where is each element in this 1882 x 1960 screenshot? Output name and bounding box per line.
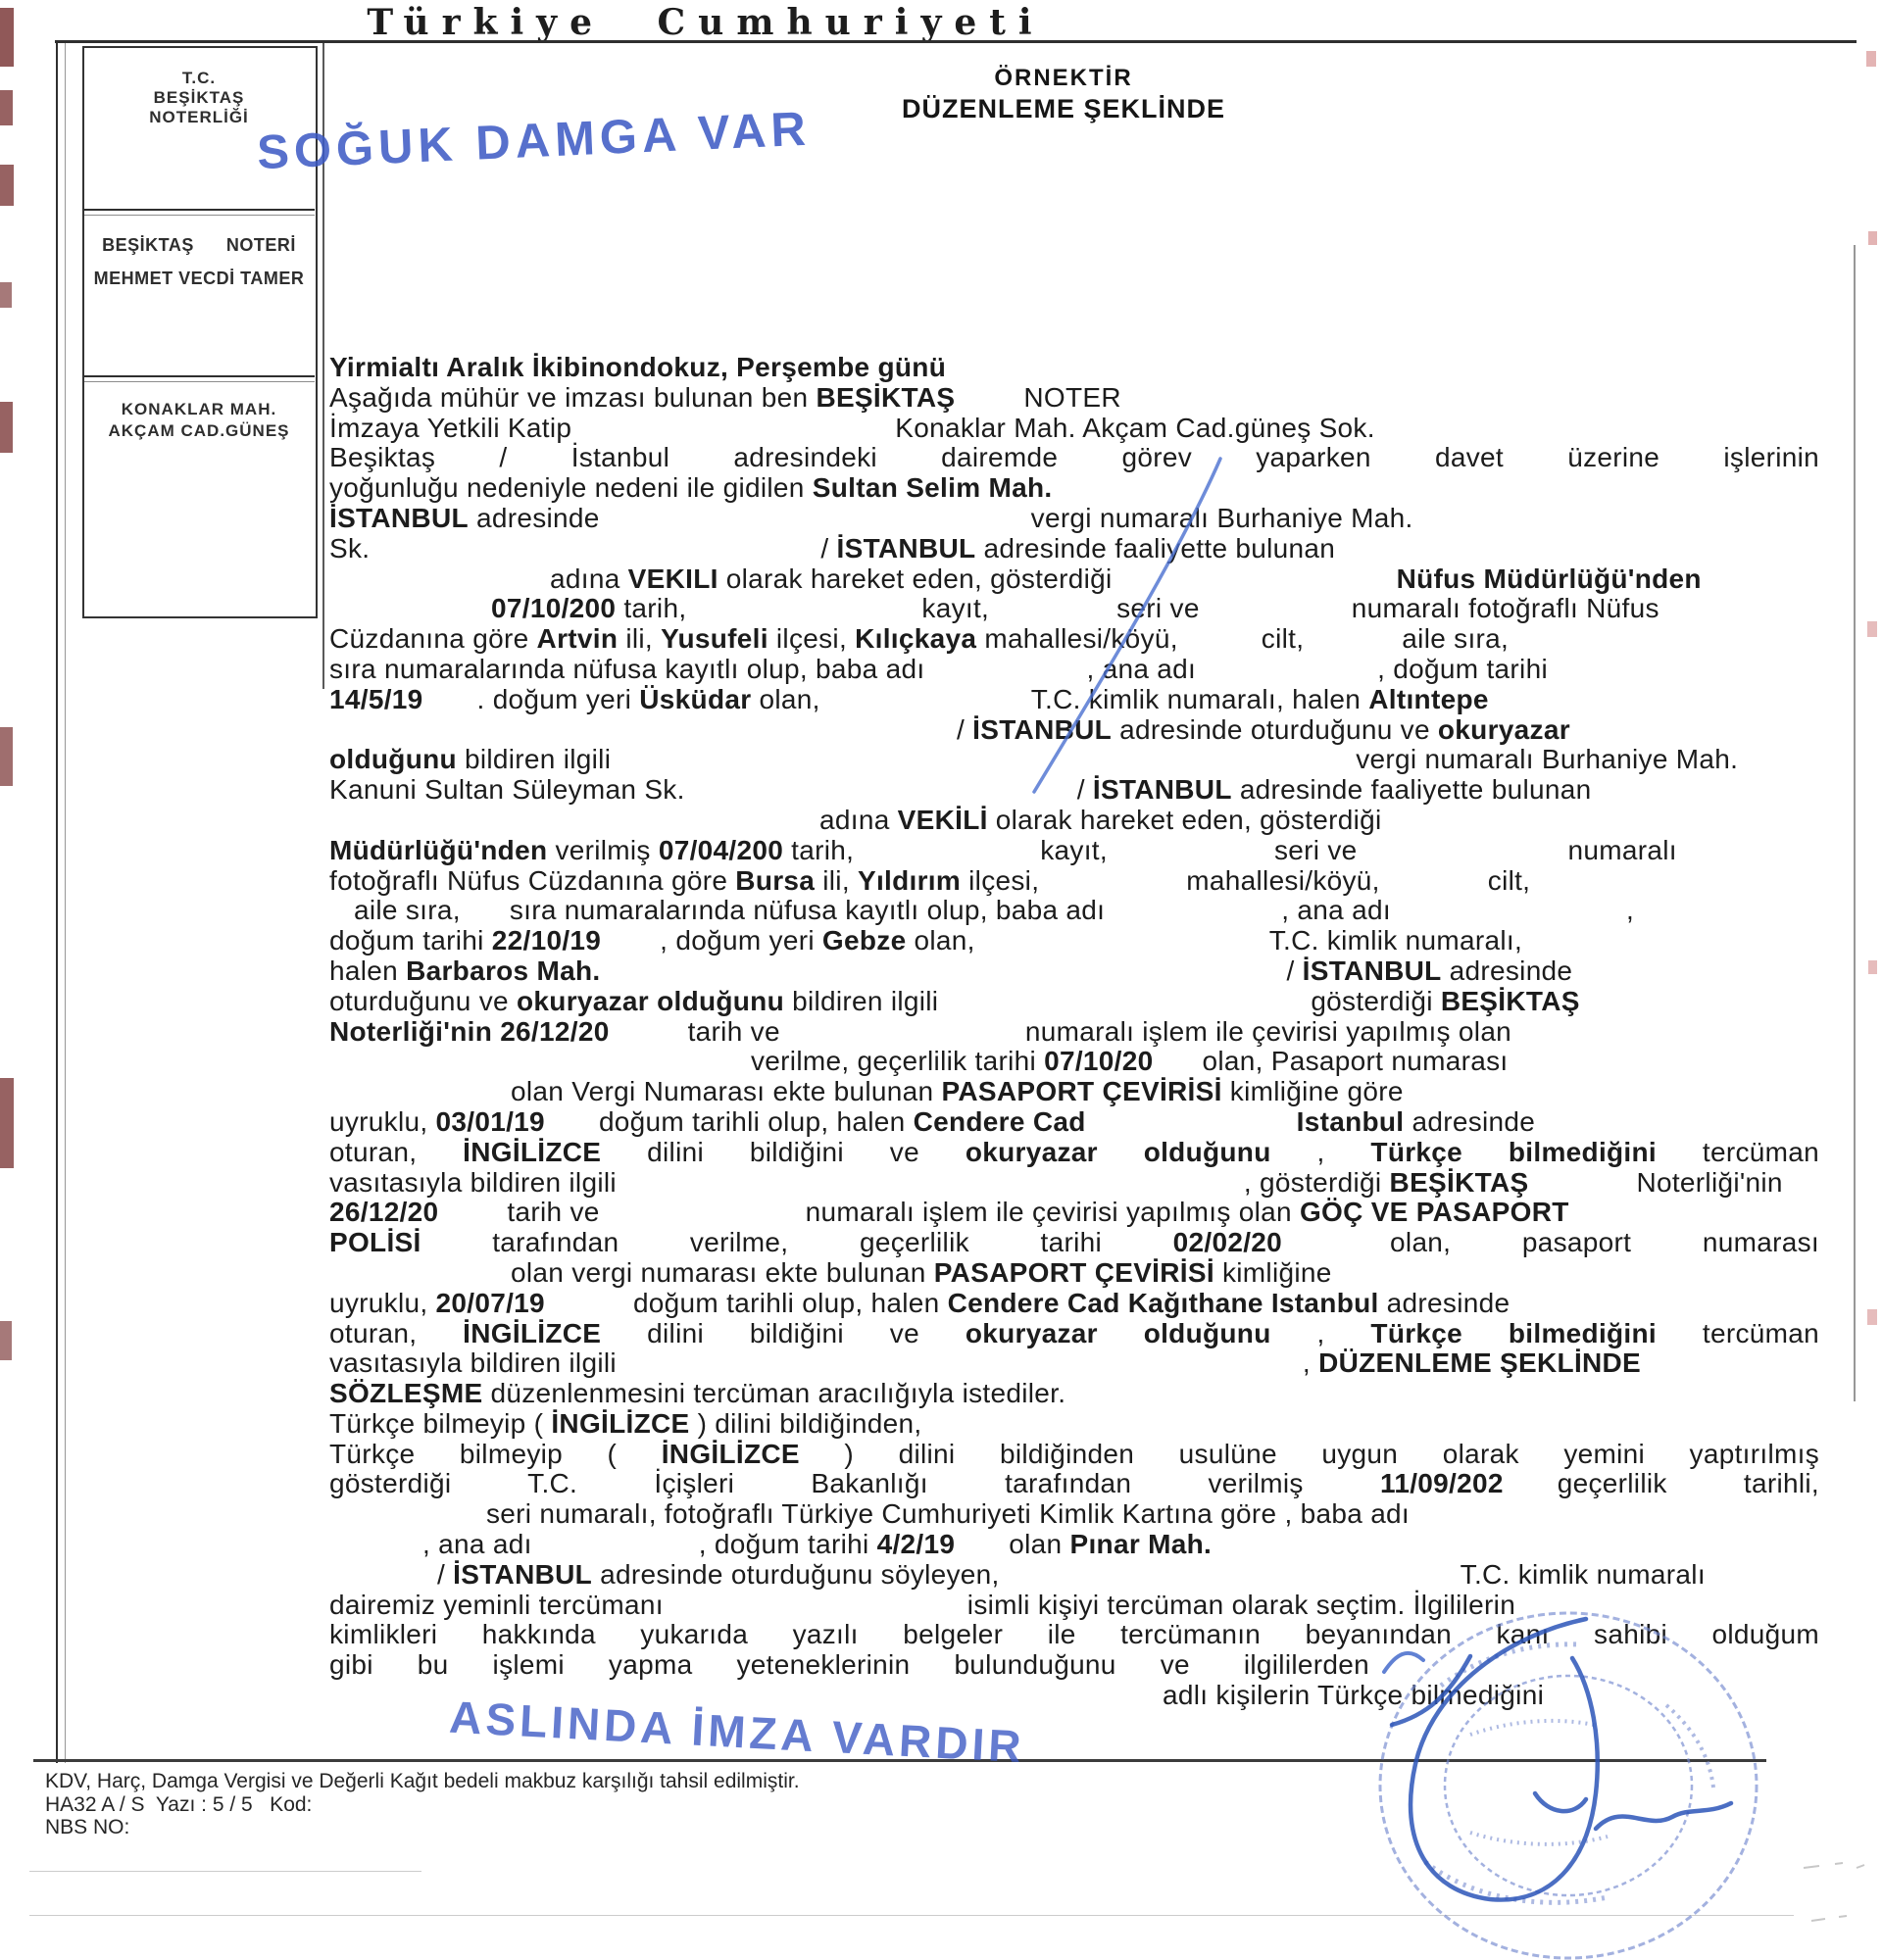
body-text-segment: T.C. kimlik numaralı (1461, 1559, 1706, 1590)
body-text-segment: / (1287, 955, 1303, 986)
body-text-segment: adresinde oturduğunu söyleyen, (592, 1559, 1000, 1590)
redacted-gap (329, 918, 354, 919)
redacted-gap (1504, 1492, 1558, 1493)
body-text-segment: kayıt, (1040, 835, 1108, 865)
body-line: adına VEKİLİ olarak hareket eden, göster… (329, 806, 1819, 836)
notary-title: BEŞİKTAŞ NOTERİ (82, 235, 316, 256)
body-text-segment: seri ve (1116, 593, 1200, 623)
notary-name: MEHMET VECDİ TAMER (82, 269, 316, 289)
body-text-segment: POLİSİ (329, 1227, 421, 1257)
body-text-segment: numaralı işlem ile çevirisi yapılmış ola… (1025, 1016, 1511, 1047)
body-text-segment: , doğum yeri (660, 925, 822, 955)
body-text-segment: İSTANBUL (972, 714, 1112, 745)
notary-document-page: Türkiye Cumhuriyeti T.C. BEŞİKTAŞ NOTERL… (0, 0, 1882, 1960)
body-text-segment: adresinde (469, 503, 600, 533)
faint-scan-line-1 (29, 1871, 421, 1872)
notary-box-divider-1 (83, 209, 315, 211)
body-line: aile sıra,sıra numaralarında nüfusa kayı… (329, 896, 1819, 926)
redacted-gap (854, 858, 1040, 859)
body-text-segment: 07/04/200 (659, 835, 783, 865)
body-text-segment: İSTANBUL (453, 1559, 592, 1590)
redacted-gap (1282, 1250, 1390, 1251)
body-text-segment: mahallesi/köyü, (1186, 865, 1379, 896)
body-text-segment: olan, Pasaport numarası (1202, 1046, 1508, 1076)
body-text-segment: yapma (609, 1649, 693, 1680)
body-text-segment: adresinde (1442, 955, 1573, 986)
body-line: 14/5/19. doğum yeri Üsküdar olan,T.C. ki… (329, 685, 1819, 715)
body-text-segment: Beşiktaş / İstanbul adresindeki dairemde… (329, 442, 1819, 472)
redacted-gap (600, 526, 1031, 527)
body-text-segment: Aşağıda mühür ve imzası bulunan ben (329, 382, 816, 413)
redacted-gap (1108, 858, 1274, 859)
body-text-segment: dilini bildiğini ve (601, 1137, 966, 1167)
body-text-segment: adresinde (1379, 1288, 1511, 1318)
body-text-segment: Yıldırım (858, 865, 961, 896)
body-line: fotoğraflı Nüfus Cüzdanına göre Bursa il… (329, 866, 1819, 897)
body-text-segment: T.C. kimlik numaralı, halen (1031, 684, 1369, 714)
body-line: oturan, İNGİLİZCE dilini bildiğini ve ok… (329, 1319, 1819, 1349)
redacted-gap (1358, 858, 1568, 859)
body-text-segment: Üsküdar (639, 684, 751, 714)
redacted-gap (329, 1100, 511, 1101)
left-border (56, 40, 58, 1763)
body-line: olan vergi numarası ekte bulunan PASAPOR… (329, 1258, 1819, 1289)
body-text-segment: 26/12/20 (329, 1197, 438, 1227)
body-text-segment: Kılıçkaya (855, 623, 976, 654)
redacted-gap (664, 1613, 967, 1614)
footer-fees-line: KDV, Harç, Damga Vergisi ve Değerli Kağı… (45, 1770, 800, 1793)
scan-artifact (0, 165, 14, 206)
body-text-segment: olan vergi numarası ekte bulunan (511, 1257, 934, 1288)
redacted-gap (1000, 1583, 1461, 1584)
redacted-gap (329, 1552, 422, 1553)
body-text-segment: Türkçe bilmeyip ( (329, 1408, 551, 1439)
body-text-segment: gösterdiği T.C. İçişleri Bakanlığı taraf… (329, 1468, 1380, 1498)
body-text-segment: işlemi (493, 1649, 565, 1680)
body-line: Yirmialtı Aralık İkibinondokuz, Perşembe… (329, 353, 1819, 383)
body-text-segment: Yusufeli (661, 623, 768, 654)
redacted-gap (532, 1552, 699, 1553)
notary-box-divider-1b (83, 215, 315, 216)
body-line: doğum tarihi 22/10/19, doğum yeri Gebze … (329, 926, 1819, 956)
body-line: 26/12/20tarih venumaralı işlem ile çevir… (329, 1198, 1819, 1228)
body-line: oturduğunu ve okuryazar olduğunu bildire… (329, 987, 1819, 1017)
scan-artifact (0, 402, 13, 453)
notary-address-l2: AKÇAM CAD.GÜNEŞ (82, 421, 316, 441)
notary-box-divider-2 (83, 375, 315, 377)
body-line: Türkçe bilmeyip ( İNGİLİZCE ) dilini bil… (329, 1409, 1819, 1440)
body-line: uyruklu, 20/07/19doğum tarihli olup, hal… (329, 1289, 1819, 1319)
redacted-gap (1190, 1673, 1244, 1674)
body-text-segment: ve (1161, 1649, 1190, 1680)
body-text-segment: numaralı işlem ile çevirisi yapılmış ola… (806, 1197, 1300, 1227)
body-text-segment: İSTANBUL (1093, 774, 1232, 805)
body-text-segment: numaralı (1568, 835, 1677, 865)
duzenleme-label: DÜZENLEME ŞEKLİNDE (784, 94, 1343, 124)
redacted-gap (601, 979, 1287, 980)
redacted-gap (1086, 1130, 1297, 1131)
body-text-segment: ili, (618, 623, 661, 654)
body-line: seri numaralı, fotoğraflı Türkiye Cumhur… (329, 1499, 1819, 1530)
body-text-segment: tarih, (783, 835, 854, 865)
body-text-segment: İSTANBUL (1303, 955, 1442, 986)
redacted-gap (989, 616, 1116, 617)
body-text-segment: bildiren ilgili (457, 744, 611, 774)
body-text-segment: tarih ve (688, 1016, 780, 1047)
body-text-segment: tercüman (1657, 1318, 1819, 1348)
scan-artifact (0, 282, 12, 308)
redacted-gap (1196, 677, 1377, 678)
body-text-segment: doğum tarihli olup, halen (633, 1288, 948, 1318)
body-text-segment: 20/07/19 (436, 1288, 545, 1318)
body-text-segment: Sultan Selim Mah. (813, 472, 1053, 503)
redacted-gap (924, 677, 1086, 678)
scan-artifact (1866, 51, 1876, 67)
body-text-segment: Altıntepe (1368, 684, 1488, 714)
body-text-segment: Bursa (735, 865, 815, 896)
body-text-segment: VEKILI (628, 563, 718, 594)
body-text-segment: seri numaralı, fotoğraflı Türkiye Cumhur… (486, 1498, 1410, 1529)
body-text-segment: Pınar Mah. (1069, 1529, 1212, 1559)
scan-artifact (0, 1078, 14, 1168)
notary-address-l1: KONAKLAR MAH. (82, 400, 316, 419)
redacted-gap (1113, 587, 1397, 588)
left-border-inner (65, 40, 66, 1763)
redacted-gap (1039, 889, 1186, 890)
body-text-segment: Türkçe bilmediğini (1370, 1318, 1657, 1348)
body-text-segment: BEŞİKTAŞ (816, 382, 955, 413)
scan-artifact (1867, 621, 1877, 637)
body-text-segment: tercüman (1657, 1137, 1819, 1167)
footer-nbs-line: NBS NO: (45, 1816, 129, 1839)
body-text-segment: okuryazar olduğunu (966, 1318, 1271, 1348)
body-text-segment: Yirmialtı Aralık İkibinondokuz, Perşembe… (329, 352, 946, 382)
body-line: yoğunluğu nedeniyle nedeni ile gidilen S… (329, 473, 1819, 504)
redacted-gap (955, 1552, 1009, 1553)
body-text-segment: 26/12/20 (500, 1016, 609, 1047)
body-line: Sk./ İSTANBUL adresinde faaliyette bulun… (329, 534, 1819, 564)
body-text-segment: 03/01/19 (436, 1106, 545, 1137)
body-text-segment: isimli kişiyi tercüman olarak seçtim. İl… (967, 1590, 1515, 1620)
body-text-segment: Nüfus Müdürlüğü'nden (1397, 563, 1702, 594)
body-text-segment: İNGİLİZCE (463, 1318, 601, 1348)
body-text-segment: Türkçe bilmeyip ( (329, 1439, 662, 1469)
body-text-segment: DÜZENLEME ŞEKLİNDE (1318, 1347, 1641, 1378)
body-line: İmzaya Yetkili KatipKonaklar Mah. Akçam … (329, 414, 1819, 444)
notary-box-tc: T.C. (82, 69, 316, 88)
body-text-segment: sıra numaralarında nüfusa kayıtlı olup, … (329, 654, 924, 684)
redacted-gap (610, 1040, 688, 1041)
redacted-gap (910, 1673, 954, 1674)
redacted-gap (329, 1522, 486, 1523)
redacted-gap (571, 436, 895, 437)
body-text-segment: uyruklu, (329, 1106, 436, 1137)
body-text-segment: 02/02/20 (1173, 1227, 1282, 1257)
body-text-segment: Müdürlüğü'nden (329, 835, 547, 865)
body-text-segment: bu (418, 1649, 449, 1680)
redacted-gap (373, 1673, 418, 1674)
body-text-segment: İSTANBUL (329, 503, 469, 533)
redacted-gap (685, 798, 1077, 799)
redacted-gap (780, 1040, 1025, 1041)
scan-artifact (1867, 1309, 1877, 1325)
redacted-gap (1380, 889, 1488, 890)
redacted-gap (601, 949, 660, 950)
body-text-segment: cilt, (1262, 623, 1305, 654)
body-text-segment: kimliğine göre (1222, 1076, 1404, 1106)
body-line: Aşağıda mühür ve imzası bulunan ben BEŞİ… (329, 383, 1819, 414)
body-text-segment: bulunduğunu (954, 1649, 1115, 1680)
body-text-segment: ilçesi, (961, 865, 1039, 896)
redacted-gap (565, 1673, 609, 1674)
body-text-segment: oturan, (329, 1318, 463, 1348)
scan-artifact (1868, 231, 1877, 245)
redacted-gap (938, 1009, 1311, 1010)
body-text-segment: ili, (815, 865, 858, 896)
redacted-gap (1116, 1673, 1161, 1674)
body-text-segment: , ana adı (1281, 895, 1391, 925)
body-text-segment: olan, (751, 684, 819, 714)
body-text-segment: yoğunluğu nedeniyle nedeni ile gidilen (329, 472, 813, 503)
body-text-segment: tarih, (616, 593, 686, 623)
body-text-segment: BEŞİKTAŞ (1390, 1167, 1529, 1198)
body-line: olan Vergi Numarası ekte bulunan PASAPOR… (329, 1077, 1819, 1107)
body-text-segment: okuryazar olduğunu (966, 1137, 1271, 1167)
body-text-segment: doğum tarihli olup, halen (599, 1106, 914, 1137)
body-text-segment: , ana adı (422, 1529, 532, 1559)
body-text-segment: İNGİLİZCE (463, 1137, 601, 1167)
ornektir-label: ÖRNEKTİR (784, 65, 1343, 92)
body-line: vasıtasıyla bildiren ilgili, gösterdiği … (329, 1168, 1819, 1199)
body-text-segment: 07/10/200 (491, 593, 616, 623)
body-text-segment: , ana adı (1086, 654, 1196, 684)
body-text-segment: uyruklu, (329, 1288, 436, 1318)
body-text-segment: seri ve (1274, 835, 1358, 865)
body-text-segment: doğum tarihi (329, 925, 492, 955)
body-text-segment: ilgililerden (1244, 1649, 1369, 1680)
body-text-segment: , (1303, 1347, 1318, 1378)
body-text-segment: okuryazar olduğunu (517, 986, 784, 1016)
body-text-segment: Artvin (537, 623, 619, 654)
redacted-gap (329, 1583, 437, 1584)
body-text-segment: 07/10/20 (1044, 1046, 1153, 1076)
body-line: adına VEKILI olarak hareket eden, göster… (329, 564, 1819, 595)
footer-code-line: HA32 A / S Yazı : 5 / 5 Kod: (45, 1793, 312, 1817)
body-text-segment: Cendere Cad Kağıthane Istanbul (948, 1288, 1379, 1318)
body-text-segment: PASAPORT ÇEVİRİSİ (934, 1257, 1214, 1288)
body-line: gösterdiği T.C. İçişleri Bakanlığı taraf… (329, 1469, 1819, 1499)
body-text-segment: dairemiz yeminli tercümanı (329, 1590, 664, 1620)
body-line: halen Barbaros Mah./ İSTANBUL adresinde (329, 956, 1819, 987)
redacted-gap (329, 1281, 511, 1282)
body-text-segment: PASAPORT ÇEVİRİSİ (942, 1076, 1222, 1106)
body-text-segment: oturan, (329, 1137, 463, 1167)
notary-box-district: BEŞİKTAŞ (82, 88, 316, 108)
scan-artifact (0, 90, 13, 125)
body-text-segment: numaralı fotoğraflı Nüfus (1352, 593, 1659, 623)
body-text-segment: 14/5/19 (329, 684, 423, 714)
body-text-segment: adresinde faaliyette bulunan (975, 533, 1335, 563)
body-text-segment: vergi numaralı Burhaniye Mah. (1031, 503, 1413, 533)
redacted-gap (423, 708, 477, 709)
body-text-segment: verilmiş (547, 835, 658, 865)
body-line: POLİSİ tarafından verilme, geçerlilik ta… (329, 1228, 1819, 1258)
body-text-segment: kimlikleri hakkında yukarıda yazılı belg… (329, 1619, 1819, 1649)
redacted-gap (329, 828, 819, 829)
body-text-segment: okuryazar (1438, 714, 1570, 745)
body-text-segment: adına (550, 563, 628, 594)
body-line: Türkçe bilmeyip ( İNGİLİZCE ) dilini bil… (329, 1440, 1819, 1470)
body-text-segment: ) dilini bildiğinden, (690, 1408, 922, 1439)
body-line: uyruklu, 03/01/19doğum tarihli olup, hal… (329, 1107, 1819, 1138)
body-text-segment: BEŞİKTAŞ (1441, 986, 1580, 1016)
body-text-segment: cilt, (1488, 865, 1531, 896)
body-line: Cüzdanına göre Artvin ili, Yusufeli ilçe… (329, 624, 1819, 655)
body-line: / İSTANBUL adresinde oturduğunu ve okury… (329, 715, 1819, 746)
redacted-gap (1105, 918, 1281, 919)
body-line: Noterliği'nin 26/12/20tarih venumaralı i… (329, 1017, 1819, 1048)
redacted-gap (692, 1673, 736, 1674)
redacted-gap (329, 1069, 751, 1070)
scan-artifact (0, 727, 13, 786)
body-text-segment: vergi numaralı Burhaniye Mah. (1356, 744, 1738, 774)
body-text-segment: GÖÇ VE PASAPORT (1300, 1197, 1569, 1227)
body-text-segment: bildiren ilgili (784, 986, 938, 1016)
body-text-segment: olduğunu (329, 744, 457, 774)
redacted-gap (329, 616, 491, 617)
body-text-segment: Kanuni Sultan Süleyman Sk. (329, 774, 685, 805)
body-line: 07/10/200 tarih,kayıt,seri venumaralı fo… (329, 594, 1819, 624)
body-text-segment: olan Vergi Numarası ekte bulunan (511, 1076, 942, 1106)
soguk-damga-stamp: SOĞUK DAMGA VAR (256, 102, 812, 181)
body-text-segment: İSTANBUL (837, 533, 976, 563)
body-text-segment: . doğum yeri (477, 684, 640, 714)
body-line: SÖZLEŞME düzenlenmesini tercüman aracılı… (329, 1379, 1819, 1409)
body-text-segment: adına (819, 805, 898, 835)
document-type-header: ÖRNEKTİR DÜZENLEME ŞEKLİNDE (784, 65, 1343, 124)
body-line: Beşiktaş / İstanbul adresindeki dairemde… (329, 443, 1819, 473)
body-text-segment: , gösterdiği (1244, 1167, 1390, 1198)
body-text-segment: aile sıra, (354, 895, 461, 925)
scan-specks (1804, 1863, 1864, 1921)
redacted-gap (955, 406, 1023, 407)
body-text-segment: 11/09/202 (1380, 1468, 1504, 1498)
body-text-segment: tarafından verilme, geçerlilik tarihi (421, 1227, 1173, 1257)
redacted-gap (820, 708, 1031, 709)
body-text-segment: İNGİLİZCE (662, 1439, 800, 1469)
body-text-segment: , doğum tarihi (699, 1529, 877, 1559)
body-text-segment: Türkçe bilmediğini (1370, 1137, 1657, 1167)
body-text-segment: ilçesi, (768, 623, 855, 654)
body-text-segment: , (1271, 1137, 1371, 1167)
body-text-segment: Gebze (822, 925, 907, 955)
redacted-gap (1153, 1069, 1202, 1070)
body-text-segment: Barbaros Mah. (406, 955, 600, 986)
body-text-segment: vasıtasıyla bildiren ilgili (329, 1167, 617, 1198)
redacted-gap (1528, 1191, 1636, 1192)
body-text-segment: oturduğunu ve (329, 986, 517, 1016)
redacted-gap (1391, 918, 1626, 919)
body-text-segment: geçerlilik tarihli, (1558, 1468, 1819, 1498)
redacted-gap (461, 918, 510, 919)
body-text-segment: 22/10/19 (492, 925, 601, 955)
redacted-gap (545, 1311, 633, 1312)
body-text-segment: mahallesi/köyü, (976, 623, 1178, 654)
body-text-segment: halen (329, 955, 406, 986)
redacted-gap (329, 587, 550, 588)
body-text-segment: olarak hareket eden, gösterdiği (718, 563, 1113, 594)
body-text-segment: tarih ve (507, 1197, 599, 1227)
body-line: verilme, geçerlilik tarihi 07/10/20olan,… (329, 1047, 1819, 1077)
body-line: Kanuni Sultan Süleyman Sk./ İSTANBUL adr… (329, 775, 1819, 806)
body-line: , ana adı, doğum tarihi 4/2/19olan Pınar… (329, 1530, 1819, 1560)
body-line: Müdürlüğü'nden verilmiş 07/04/200 tarih,… (329, 836, 1819, 866)
redacted-gap (438, 1220, 507, 1221)
body-text-segment: adresinde (1404, 1106, 1535, 1137)
body-text-segment: sıra numaralarında nüfusa kayıtlı olup, … (510, 895, 1105, 925)
body-text-segment: İNGİLİZCE (551, 1408, 689, 1439)
body-text-segment: Noterliği'nin (329, 1016, 500, 1047)
body-text-segment: Noterliği'nin (1636, 1167, 1782, 1198)
body-text-segment: , (1271, 1318, 1371, 1348)
body-text-segment: NOTER (1023, 382, 1121, 413)
body-line: İSTANBUL adresindevergi numaralı Burhani… (329, 504, 1819, 534)
scan-artifact (1868, 960, 1877, 974)
body-text-segment: kayıt, (921, 593, 989, 623)
redacted-gap (617, 1371, 1303, 1372)
body-text-segment: adresinde faaliyette bulunan (1232, 774, 1592, 805)
body-text-segment: aile sıra, (1402, 623, 1509, 654)
notary-box-divider-2b (83, 381, 315, 382)
body-line: olduğunu bildiren ilgilivergi numaralı B… (329, 745, 1819, 775)
body-text-segment: verilme, geçerlilik tarihi (751, 1046, 1044, 1076)
document-body: Yirmialtı Aralık İkibinondokuz, Perşembe… (329, 353, 1819, 1711)
redacted-gap (449, 1673, 493, 1674)
body-text-segment: adlı kişilerin Türkçe bilmediğini (1163, 1680, 1544, 1710)
body-text-segment: yeteneklerinin (736, 1649, 910, 1680)
body-text-segment: gösterdiği (1311, 986, 1441, 1016)
scan-artifact (0, 1321, 12, 1360)
redacted-gap (686, 616, 921, 617)
body-text-segment: vasıtasıyla bildiren ilgili (329, 1347, 617, 1378)
body-line: oturan, İNGİLİZCE dilini bildiğini ve ok… (329, 1138, 1819, 1168)
body-text-segment: Konaklar Mah. Akçam Cad.güneş Sok. (895, 413, 1375, 443)
body-text-segment: fotoğraflı Nüfus Cüzdanına göre (329, 865, 735, 896)
body-line: vasıtasıyla bildiren ilgili, DÜZENLEME Ş… (329, 1348, 1819, 1379)
body-line: / İSTANBUL adresinde oturduğunu söyleyen… (329, 1560, 1819, 1591)
body-text-segment: dilini bildiğini ve (601, 1318, 966, 1348)
body-text-segment: olarak hareket eden, gösterdiği (988, 805, 1382, 835)
redacted-gap (600, 1220, 806, 1221)
body-text-segment: olan, pasaport numarası (1390, 1227, 1819, 1257)
redacted-gap (329, 738, 957, 739)
body-text-segment: T.C. kimlik numaralı, (1269, 925, 1522, 955)
body-text-segment: SÖZLEŞME (329, 1378, 482, 1408)
body-text-segment: VEKİLİ (898, 805, 988, 835)
body-text-segment: düzenlenmesini tercüman aracılığıyla ist… (482, 1378, 1065, 1408)
body-text-segment: Cendere Cad (914, 1106, 1086, 1137)
body-text-segment: Istanbul (1297, 1106, 1405, 1137)
body-text-segment: Sk. (329, 533, 370, 563)
body-text-segment: olan (1009, 1529, 1069, 1559)
body-text-segment: / (1077, 774, 1093, 805)
redacted-gap (617, 1191, 1244, 1192)
body-text-segment: , doğum tarihi (1377, 654, 1548, 684)
faint-scan-line-2 (29, 1915, 1794, 1916)
redacted-gap (370, 557, 820, 558)
body-text-segment: İmzaya Yetkili Katip (329, 413, 571, 443)
body-line: dairemiz yeminli tercümanıisimli kişiyi … (329, 1591, 1819, 1621)
